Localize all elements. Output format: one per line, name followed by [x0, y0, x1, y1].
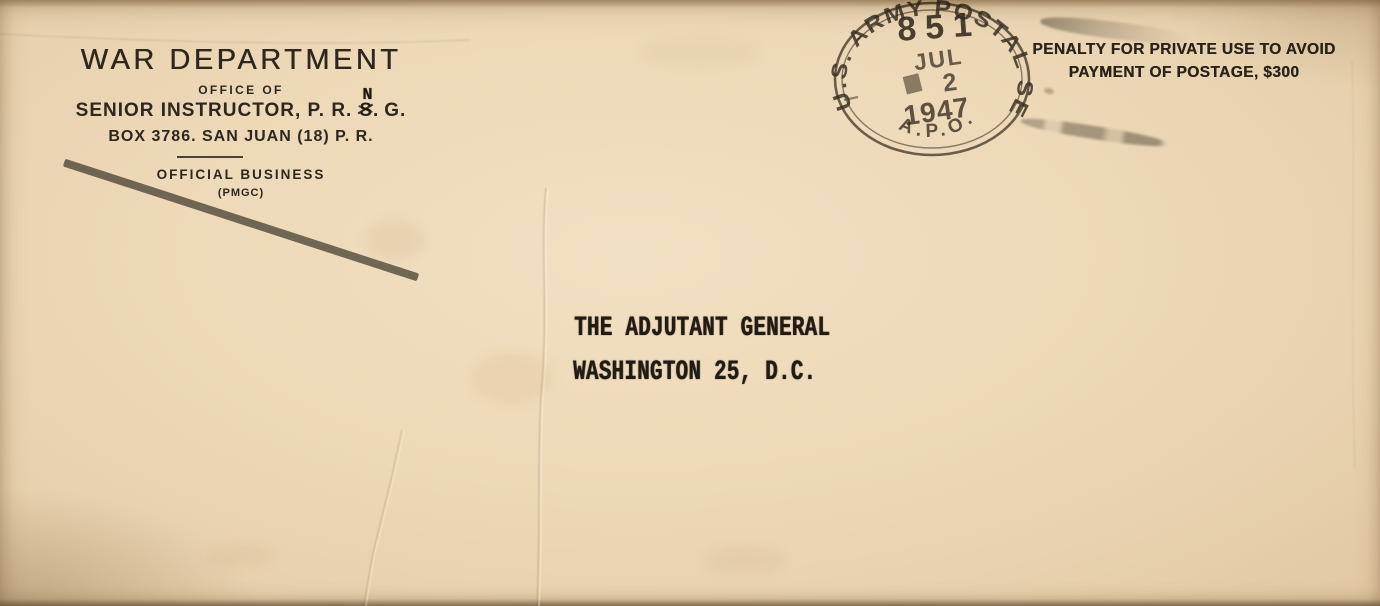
- envelope-scan: WAR DEPARTMENT OFFICE OF SENIOR INSTRUCT…: [0, 0, 1380, 606]
- sender-address: BOX 3786. SAN JUAN (18) P. R.: [55, 128, 427, 146]
- postmark-apo-number: 851: [896, 5, 982, 49]
- crease-line: [1352, 60, 1355, 470]
- postmark-month: JUL: [912, 43, 965, 76]
- return-address-block: WAR DEPARTMENT OFFICE OF SENIOR INSTRUCT…: [55, 44, 427, 254]
- penalty-notice: PENALTY FOR PRIVATE USE TO AVOID PAYMENT…: [1032, 38, 1336, 84]
- sender-title-suffix: G.: [384, 100, 406, 121]
- postmark-stamp: U.S. ARMY POSTAL SERVICE A.P.O. 851 JUL …: [831, 0, 1037, 160]
- paper-stain: [705, 546, 785, 574]
- envelope-front: WAR DEPARTMENT OFFICE OF SENIOR INSTRUCT…: [0, 0, 1380, 606]
- sender-title-line: SENIOR INSTRUCTOR, P. R.S.NG.: [55, 100, 427, 122]
- overtyped-letter: N: [362, 86, 373, 105]
- crease-highlight: [539, 188, 548, 606]
- cancellation-smudge: [1020, 115, 1168, 151]
- paper-stain: [640, 36, 760, 68]
- sender-org: WAR DEPARTMENT: [55, 44, 427, 77]
- ink-speckle: [1043, 87, 1054, 95]
- paper-stain: [470, 352, 554, 404]
- crease-line: [537, 188, 546, 606]
- ink-blob: [903, 73, 923, 94]
- recipient-line-1: THE ADJUTANT GENERAL: [574, 314, 830, 344]
- crease-line: [0, 34, 470, 43]
- crease-highlight: [366, 430, 404, 606]
- penalty-line-2: PAYMENT OF POSTAGE, $300: [1032, 61, 1336, 84]
- postmark-date-block: 851 JUL 2 1947: [895, 5, 982, 131]
- overstruck-designation: S.N: [359, 100, 379, 122]
- divider-rule: [177, 156, 243, 158]
- crease-line: [364, 430, 402, 606]
- recipient-line-2: WASHINGTON 25, D.C.: [573, 358, 816, 388]
- pmgc-line: (PMGC): [55, 187, 427, 199]
- sender-title-prefix: SENIOR INSTRUCTOR, P. R.: [76, 100, 353, 121]
- corner-shadow: [0, 486, 260, 606]
